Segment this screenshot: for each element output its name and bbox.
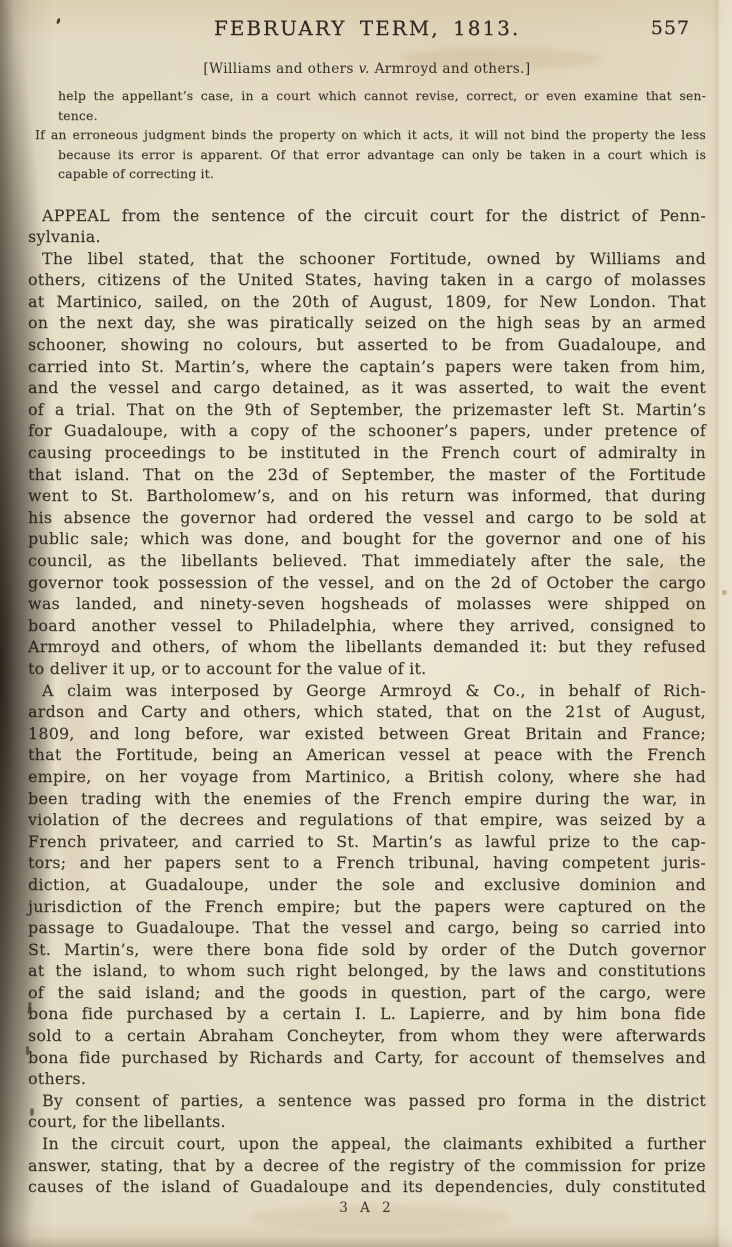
text-line: violation of the decrees and regulations…: [28, 809, 706, 831]
case-caption: [Williams and others v. Armroyd and othe…: [28, 61, 706, 79]
headnote: help the appellant’s case, in a court wh…: [28, 86, 706, 184]
text-line: bona fide purchased by Richards and Cart…: [28, 1047, 706, 1069]
ink-speck: [722, 590, 727, 595]
text-line: schooner, showing no colours, but assert…: [28, 334, 706, 356]
text-line: carried into St. Martin’s, where the cap…: [28, 356, 706, 378]
text-line: French privateer, and carried to St. Mar…: [28, 831, 706, 853]
text-line: to deliver it up, or to account for the …: [28, 658, 706, 680]
running-head: FEBRUARY TERM, 1813. 557: [28, 16, 706, 42]
text-line: empire, on her voyage from Martinico, a …: [28, 766, 706, 788]
text-line: diction, at Guadaloupe, under the sole a…: [28, 874, 706, 896]
book-page: FEBRUARY TERM, 1813. 557 [Williams and o…: [0, 0, 732, 1247]
text-line: Armroyd and others, of whom the libellan…: [28, 636, 706, 658]
text-line: tence.: [35, 106, 706, 126]
text-line: St. Martin’s, were there bona fide sold …: [28, 939, 706, 961]
caption-versus: v.: [359, 61, 370, 77]
text-line: jurisdiction of the French empire; but t…: [28, 896, 706, 918]
text-line: sylvania.: [28, 226, 706, 248]
opinion-body: APPEAL from the sentence of the circuit …: [28, 205, 706, 1198]
page-number: 557: [651, 17, 690, 39]
text-line: court, for the libellants.: [28, 1111, 706, 1133]
paragraph-claim: A claim was interposed by George Armroyd…: [28, 680, 706, 1090]
term-title: FEBRUARY TERM, 1813.: [214, 16, 520, 40]
headnote-paragraph-continued: help the appellant’s case, in a court wh…: [35, 86, 706, 125]
text-line: 1809, and long before, war existed betwe…: [28, 723, 706, 745]
text-line: on the next day, she was piratically sei…: [28, 312, 706, 334]
page-content: FEBRUARY TERM, 1813. 557 [Williams and o…: [28, 16, 706, 1216]
caption-parties-left: [Williams and others: [203, 61, 358, 77]
paragraph-consent: By consent of parties, a sentence was pa…: [28, 1090, 706, 1133]
text-line: In the circuit court, upon the appeal, t…: [28, 1133, 706, 1155]
text-line: went to St. Bartholomew’s, and on his re…: [28, 485, 706, 507]
text-line: ardson and Carty and others, which state…: [28, 701, 706, 723]
text-line: was landed, and ninety-seven hogsheads o…: [28, 593, 706, 615]
text-line: at Martinico, sailed, on the 20th of Aug…: [28, 291, 706, 313]
text-line: because its error is apparent. Of that e…: [35, 145, 706, 165]
text-line: council, as the libellants believed. Tha…: [28, 550, 706, 572]
text-line: board another vessel to Philadelphia, wh…: [28, 615, 706, 637]
text-line: others.: [28, 1068, 706, 1090]
headnote-paragraph: If an erroneous judgment binds the prope…: [35, 125, 706, 184]
paragraph-libel: The libel stated, that the schooner Fort…: [28, 248, 706, 680]
text-line: passage to Guadaloupe. That the vessel a…: [28, 917, 706, 939]
text-line: of the said island; and the goods in que…: [28, 982, 706, 1004]
text-line: By consent of parties, a sentence was pa…: [28, 1090, 706, 1112]
text-line: bona fide purchased by a certain I. L. L…: [28, 1003, 706, 1025]
text-line: at the island, to whom such right belong…: [28, 960, 706, 982]
text-line: tors; and her papers sent to a French tr…: [28, 852, 706, 874]
text-line: public sale; which was done, and bought …: [28, 528, 706, 550]
paragraph-circuit-court: In the circuit court, upon the appeal, t…: [28, 1133, 706, 1198]
text-line: others, citizens of the United States, h…: [28, 269, 706, 291]
text-line: that the Fortitude, being an American ve…: [28, 744, 706, 766]
text-line: answer, stating, that by a decree of the…: [28, 1155, 706, 1177]
text-line: been trading with the enemies of the Fre…: [28, 788, 706, 810]
text-line: governor took possession of the vessel, …: [28, 572, 706, 594]
signature-mark: 3 A 2: [28, 1200, 706, 1216]
text-line: his absence the governor had ordered the…: [28, 507, 706, 529]
text-line: and the vessel and cargo detained, as it…: [28, 377, 706, 399]
text-line: that island. That on the 23d of Septembe…: [28, 464, 706, 486]
text-line: APPEAL from the sentence of the circuit …: [28, 205, 706, 227]
text-line: causing proceedings to be instituted in …: [28, 442, 706, 464]
text-line: The libel stated, that the schooner Fort…: [28, 248, 706, 270]
text-line: A claim was interposed by George Armroyd…: [28, 680, 706, 702]
caption-parties-right: Armroyd and others.]: [370, 61, 531, 77]
text-line: causes of the island of Guadaloupe and i…: [28, 1176, 706, 1198]
text-line: help the appellant’s case, in a court wh…: [35, 86, 706, 106]
text-line: sold to a certain Abraham Concheyter, fr…: [28, 1025, 706, 1047]
text-line: capable of correcting it.: [35, 164, 706, 184]
text-line: for Guadaloupe, with a copy of the schoo…: [28, 420, 706, 442]
paragraph-appeal: APPEAL from the sentence of the circuit …: [28, 205, 706, 248]
text-line: If an erroneous judgment binds the prope…: [35, 125, 706, 145]
text-line: of a trial. That on the 9th of September…: [28, 399, 706, 421]
